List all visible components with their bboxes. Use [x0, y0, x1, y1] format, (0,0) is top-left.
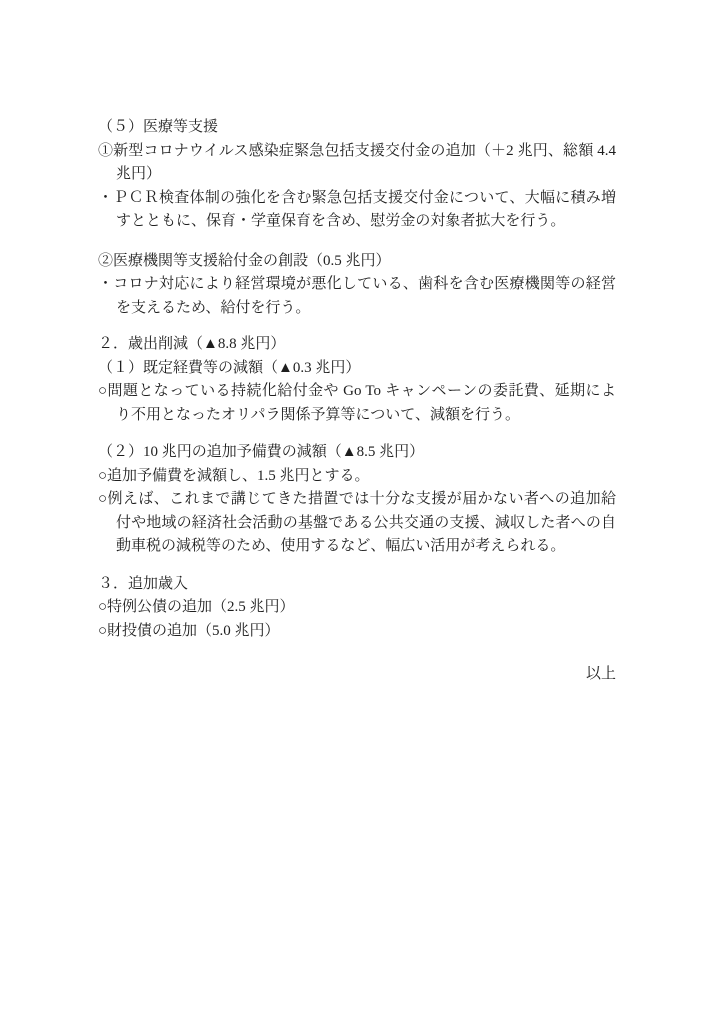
paragraph: （２）10 兆円の追加予備費の減額（▲8.5 兆円）	[98, 441, 616, 465]
paragraph: （１）既定経費等の減額（▲0.3 兆円）	[98, 357, 616, 381]
paragraph: ・ＰＣＲ検査体制の強化を含む緊急包括支援交付金について、大幅に積み増すとともに、…	[98, 187, 616, 234]
closing-label: 以上	[98, 663, 616, 687]
section-2-expenditure-reduction: ２．歳出削減（▲8.8 兆円）（１）既定経費等の減額（▲0.3 兆円）○問題とな…	[98, 333, 616, 427]
section-5-medical-support: （５）医療等支援①新型コロナウイルス感染症緊急包括支援交付金の追加（＋2 兆円、…	[98, 116, 616, 234]
paragraph: ②医療機関等支援給付金の創設（0.5 兆円）	[98, 250, 616, 274]
document-page: （５）医療等支援①新型コロナウイルス感染症緊急包括支援交付金の追加（＋2 兆円、…	[0, 0, 720, 1018]
paragraph: ２．歳出削減（▲8.8 兆円）	[98, 333, 616, 357]
section-2-2-reserve-fund-reduction: （２）10 兆円の追加予備費の減額（▲8.5 兆円）○追加予備費を減額し、1.5…	[98, 441, 616, 559]
paragraph: ○追加予備費を減額し、1.5 兆円とする。	[98, 465, 616, 489]
paragraph: ○特例公債の追加（2.5 兆円）	[98, 596, 616, 620]
paragraph: ○財投債の追加（5.0 兆円）	[98, 620, 616, 644]
paragraph: ○問題となっている持続化給付金や Go To キャンペーンの委託費、延期により不…	[98, 380, 616, 427]
document-content: （５）医療等支援①新型コロナウイルス感染症緊急包括支援交付金の追加（＋2 兆円、…	[98, 116, 616, 687]
paragraph: ３．追加歳入	[98, 573, 616, 597]
section-5-medical-institution-grant: ②医療機関等支援給付金の創設（0.5 兆円）・コロナ対応により経営環境が悪化して…	[98, 250, 616, 321]
paragraph: （５）医療等支援	[98, 116, 616, 140]
paragraph: ・コロナ対応により経営環境が悪化している、歯科を含む医療機関等の経営を支えるため…	[98, 273, 616, 320]
paragraph: ○例えば、これまで講じてきた措置では十分な支援が届かない者への追加給付や地域の経…	[98, 488, 616, 559]
section-3-additional-revenue: ３．追加歳入○特例公債の追加（2.5 兆円）○財投債の追加（5.0 兆円）	[98, 573, 616, 644]
paragraph: ①新型コロナウイルス感染症緊急包括支援交付金の追加（＋2 兆円、総額 4.4 兆…	[98, 140, 616, 187]
